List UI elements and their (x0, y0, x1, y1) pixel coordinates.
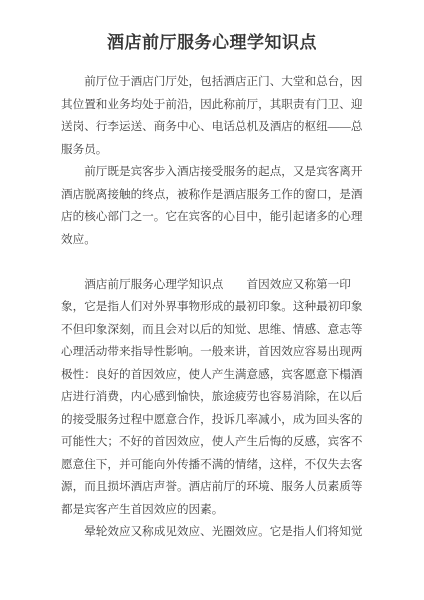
paragraph-front-office-window: 前厅既是宾客步入酒店接受服务的起点，又是宾客离开 酒店脱离接触的终点，被称作是酒… (61, 161, 363, 251)
paragraph-front-office-location: 前厅位于酒店门厅处，包括酒店正门、大堂和总台，因 其位置和业务均处于前沿，因此称… (61, 71, 363, 161)
document-page: 酒店前厅服务心理学知识点 前厅位于酒店门厅处，包括酒店正门、大堂和总台，因 其位… (0, 0, 424, 600)
document-body: 前厅位于酒店门厅处，包括酒店正门、大堂和总台，因 其位置和业务均处于前沿，因此称… (61, 71, 363, 544)
paragraph-halo-effect: 晕轮效应又称成见效应、光圈效应。它是指人们将知觉 (61, 521, 363, 544)
document-title: 酒店前厅服务心理学知识点 (0, 0, 424, 55)
paragraph-first-impression-effect: 酒店前厅服务心理学知识点 首因效应又称第一印 象，它是指人们对外界事物形成的最初… (61, 274, 363, 522)
